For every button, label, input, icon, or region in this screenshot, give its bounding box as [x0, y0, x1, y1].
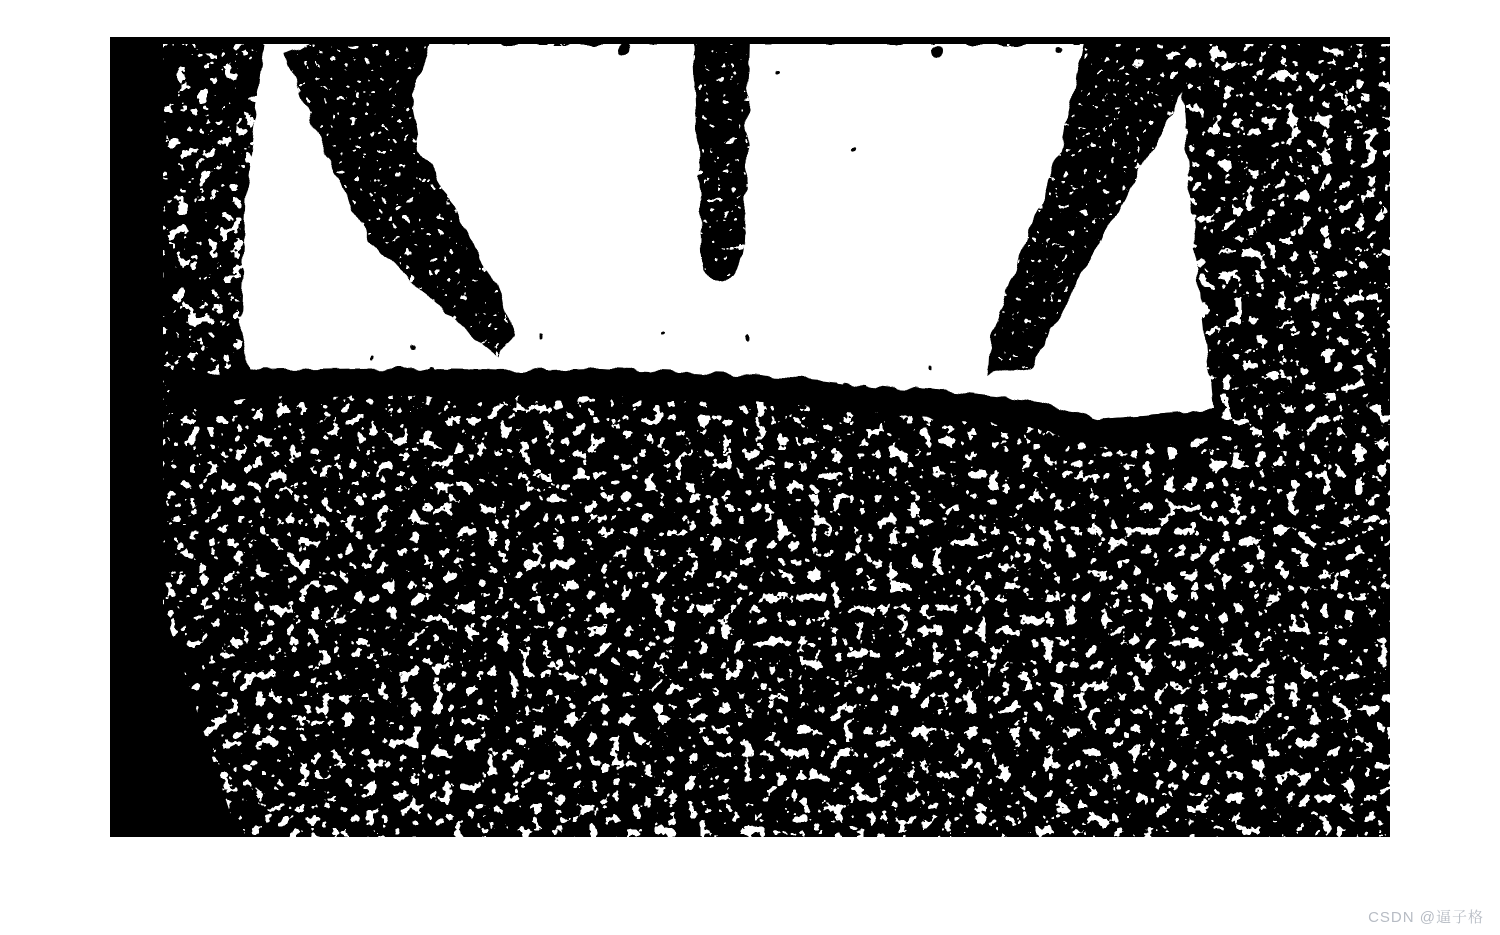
sky-speck	[408, 345, 412, 349]
sky-speck	[928, 365, 932, 369]
sky-speck	[776, 71, 780, 75]
binary-image-canvas	[110, 37, 1390, 837]
sky-speck	[1055, 48, 1061, 54]
sky-speck	[849, 147, 855, 153]
sky-speck	[743, 334, 749, 340]
sky-speck	[932, 46, 944, 58]
page: CSDN @逼子格	[0, 0, 1500, 935]
sky-speck	[430, 366, 434, 370]
watermark: CSDN @逼子格	[1368, 906, 1484, 927]
sky-speck	[538, 335, 542, 339]
sky-speck	[371, 356, 375, 360]
binary-image	[110, 37, 1390, 837]
sky-speck	[620, 44, 630, 54]
top-black-bar	[110, 37, 1390, 44]
sky-speck	[661, 331, 665, 335]
